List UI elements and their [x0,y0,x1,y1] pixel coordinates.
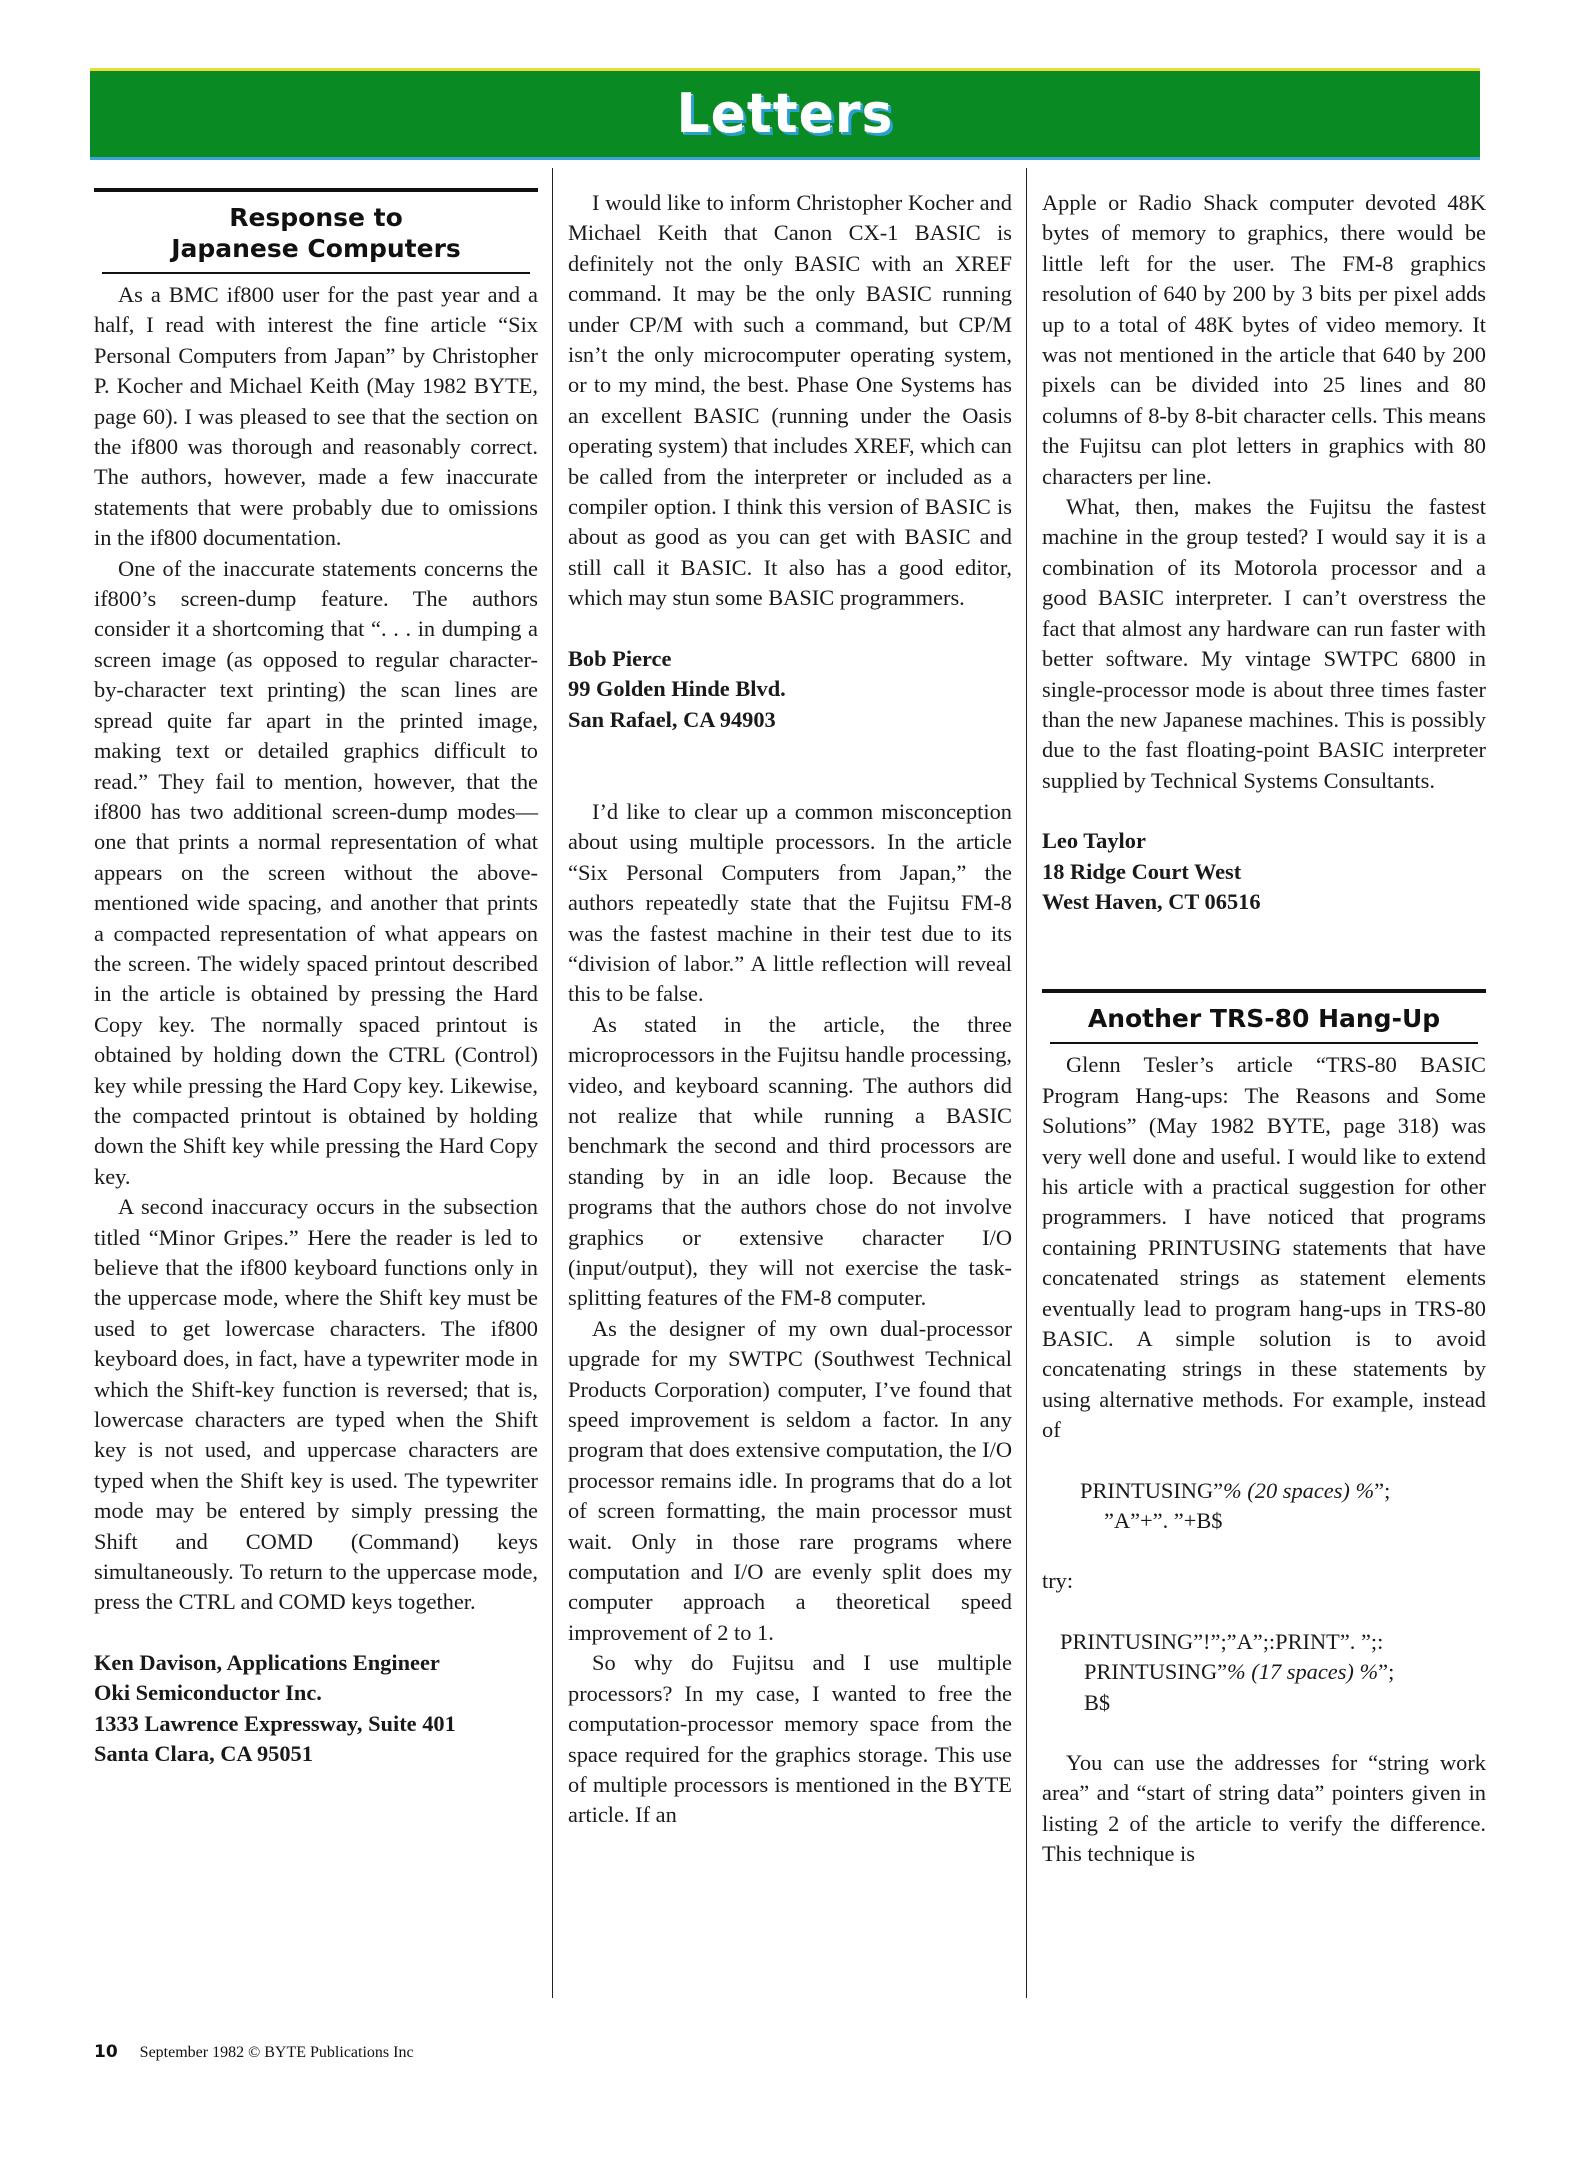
letter-spacer [568,735,1012,797]
headline-line: Response to [94,202,538,233]
headline-line: Japanese Computers [94,233,538,264]
code-transition-label: try: [1042,1566,1486,1596]
section-banner: Letters [90,68,1480,160]
letter-paragraph: As stated in the article, the three micr… [568,1010,1012,1314]
letter-paragraph: I’d like to clear up a common misconcept… [568,797,1012,1010]
letter-paragraph-continued: Apple or Radio Shack computer devoted 48… [1042,188,1486,492]
letter-headline-block: Another TRS-80 Hang-Up [1042,989,1486,1044]
headline-rule-bottom [102,272,530,274]
signature-line: San Rafael, CA 94903 [568,705,1012,735]
letter-paragraph: Glenn Tesler’s article “TRS-80 BASIC Pro… [1042,1050,1486,1445]
footer-credit: September 1982 © BYTE Publications Inc [140,2044,414,2061]
letter-signature: Ken Davison, Applications Engineer Oki S… [94,1648,538,1770]
headline-rule-top [1042,989,1486,993]
letter-headline: Another TRS-80 Hang-Up [1042,1003,1486,1034]
letter-spacer [1042,917,1486,989]
signature-line: West Haven, CT 06516 [1042,887,1486,917]
section-title: Letters [677,83,894,146]
code-example-after-line3: B$ [1084,1688,1486,1718]
page-footer: 10 September 1982 © BYTE Publications In… [94,2042,414,2062]
letter-headline: Response to Japanese Computers [94,202,538,264]
letter-paragraph: I would like to inform Christopher Koche… [568,188,1012,614]
signature-line: Santa Clara, CA 95051 [94,1739,538,1769]
column-divider [552,168,553,1998]
code-placeholder: % (17 spaces) % [1227,1659,1378,1684]
code-text: PRINTUSING” [1080,1478,1223,1503]
letter-paragraph: You can use the addresses for “string wo… [1042,1748,1486,1870]
letter-paragraph: A second inaccuracy occurs in the subsec… [94,1192,538,1618]
letter-paragraph: So why do Fujitsu and I use multiple pro… [568,1648,1012,1830]
column-1: Response to Japanese Computers As a BMC … [94,188,538,1770]
signature-line: 18 Ridge Court West [1042,857,1486,887]
signature-line: Oki Semiconductor Inc. [94,1678,538,1708]
code-text: PRINTUSING” [1084,1659,1227,1684]
code-text: ”; [1374,1478,1390,1503]
signature-name: Ken Davison, Applications Engineer [94,1648,538,1678]
code-placeholder: % (20 spaces) % [1223,1478,1374,1503]
letter-paragraph: As the designer of my own dual-processor… [568,1314,1012,1648]
letter-paragraph: As a BMC if800 user for the past year an… [94,280,538,554]
code-example-before-line2: ”A”+”. ”+B$ [1104,1506,1486,1536]
signature-line: 99 Golden Hinde Blvd. [568,674,1012,704]
code-example-after: PRINTUSING”!”;”A”;:PRINT”. ”;: [1060,1627,1486,1657]
column-3: Apple or Radio Shack computer devoted 48… [1042,188,1486,1870]
letter-signature: Bob Pierce 99 Golden Hinde Blvd. San Raf… [568,644,1012,735]
code-text: ”; [1378,1659,1394,1684]
column-2: I would like to inform Christopher Koche… [568,188,1012,1831]
page-number: 10 [94,2042,118,2062]
signature-name: Leo Taylor [1042,826,1486,856]
headline-rule-top [94,188,538,192]
signature-name: Bob Pierce [568,644,1012,674]
column-divider [1026,168,1027,1998]
letter-paragraph: What, then, makes the Fujitsu the fastes… [1042,492,1486,796]
code-example-before: PRINTUSING”% (20 spaces) %”; [1080,1476,1486,1506]
signature-line: 1333 Lawrence Expressway, Suite 401 [94,1709,538,1739]
letter-headline-block: Response to Japanese Computers [94,188,538,274]
code-example-after-line2: PRINTUSING”% (17 spaces) %”; [1084,1657,1486,1687]
headline-rule-bottom [1050,1042,1478,1044]
letter-signature: Leo Taylor 18 Ridge Court West West Have… [1042,826,1486,917]
letter-paragraph: One of the inaccurate statements concern… [94,554,538,1193]
